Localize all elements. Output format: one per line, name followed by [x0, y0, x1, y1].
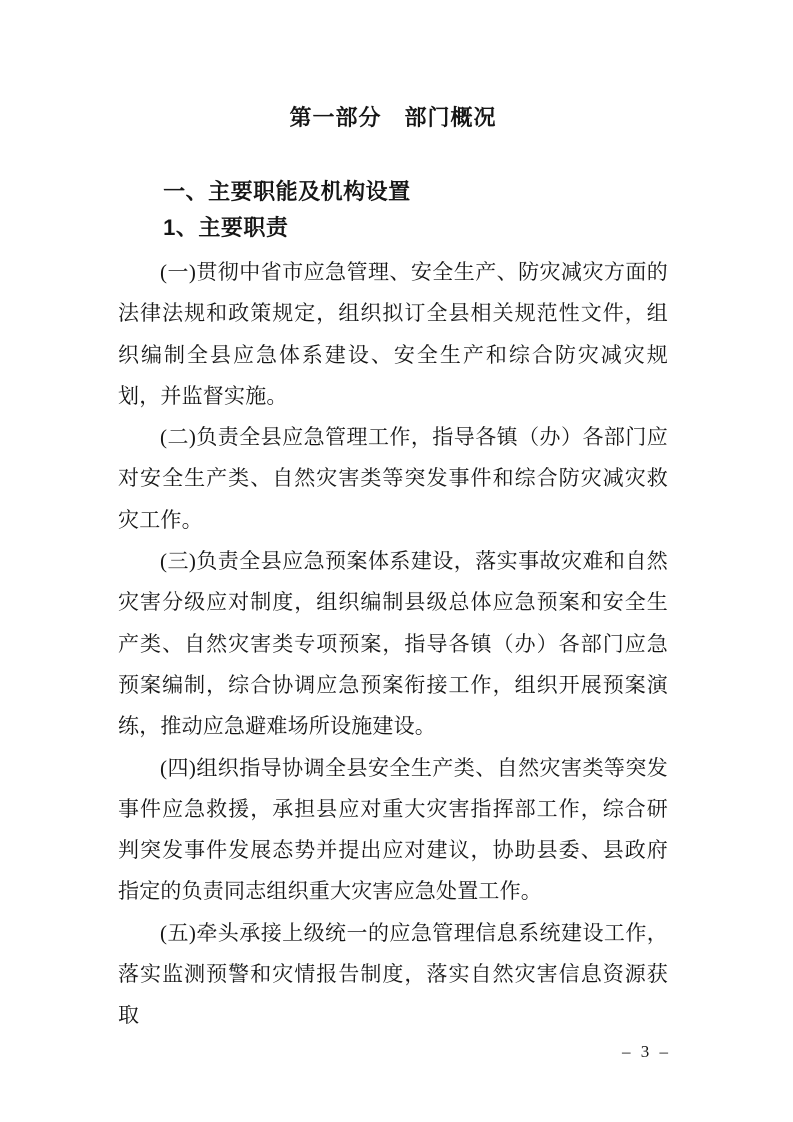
- document-page: 第一部分 部门概况 一、主要职能及机构设置 1、主要职责 (一)贯彻中省市应急管…: [0, 0, 793, 1122]
- paragraph-2: (二)负责全县应急管理工作，指导各镇（办）各部门应对安全生产类、自然灾害类等突发…: [118, 417, 668, 541]
- paragraph-1: (一)贯彻中省市应急管理、安全生产、防灾减灾方面的法律法规和政策规定，组织拟订全…: [118, 252, 668, 417]
- document-title: 第一部分 部门概况: [118, 102, 668, 134]
- paragraph-4: (四)组织指导协调全县安全生产类、自然灾害类等突发事件应急救援，承担县应对重大灾…: [118, 748, 668, 913]
- sub-heading: 1、主要职责: [118, 210, 668, 246]
- paragraph-list: (一)贯彻中省市应急管理、安全生产、防灾减灾方面的法律法规和政策规定，组织拟订全…: [118, 252, 668, 1037]
- section-heading: 一、主要职能及机构设置: [118, 174, 668, 210]
- paragraph-3: (三)负责全县应急预案体系建设，落实事故灾难和自然灾害分级应对制度，组织编制县级…: [118, 541, 668, 747]
- document-content: 第一部分 部门概况 一、主要职能及机构设置 1、主要职责 (一)贯彻中省市应急管…: [118, 0, 668, 1037]
- page-number: – 3 –: [622, 1042, 671, 1062]
- paragraph-5: (五)牵头承接上级统一的应急管理信息系统建设工作，落实监测预警和灾情报告制度，落…: [118, 913, 668, 1037]
